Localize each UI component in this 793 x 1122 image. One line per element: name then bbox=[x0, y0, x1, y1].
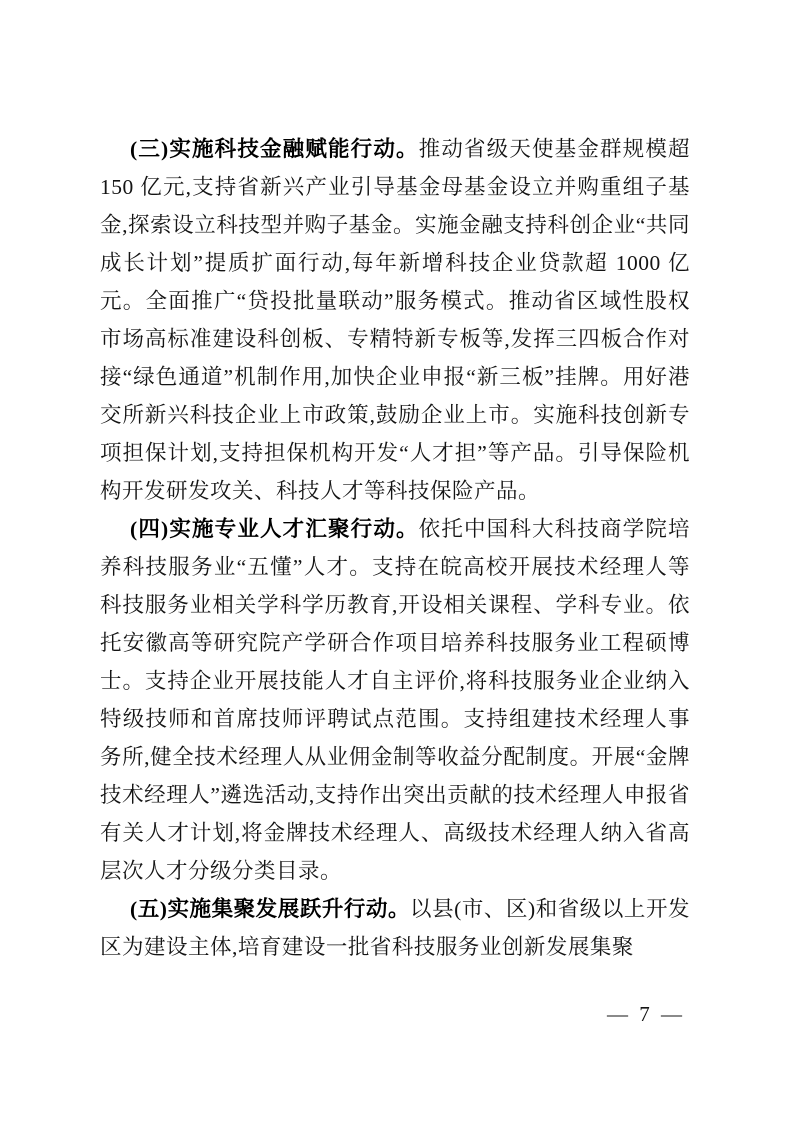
paragraph-3-heading: (三)实施科技金融赋能行动。 bbox=[130, 137, 419, 161]
paragraph-4-text: 依托中国科大科技商学院培养科技服务业“五懂”人才。支持在皖高校开展技术经理人等科… bbox=[100, 517, 690, 883]
paragraph-5: (五)实施集聚发展跃升行动。以县(市、区)和省级以上开发区为建设主体,培育建设一… bbox=[100, 890, 690, 966]
paragraph-3: (三)实施科技金融赋能行动。推动省级天使基金群规模超 150 亿元,支持省新兴产… bbox=[100, 130, 690, 510]
paragraph-4: (四)实施专业人才汇聚行动。依托中国科大科技商学院培养科技服务业“五懂”人才。支… bbox=[100, 510, 690, 890]
paragraph-3-text: 推动省级天使基金群规模超 150 亿元,支持省新兴产业引导基金母基金设立并购重组… bbox=[100, 137, 690, 503]
document-page: (三)实施科技金融赋能行动。推动省级天使基金群规模超 150 亿元,支持省新兴产… bbox=[0, 0, 793, 1122]
page-number: — 7 — bbox=[607, 1002, 685, 1027]
document-body: (三)实施科技金融赋能行动。推动省级天使基金群规模超 150 亿元,支持省新兴产… bbox=[100, 130, 690, 966]
paragraph-4-heading: (四)实施专业人才汇聚行动。 bbox=[130, 517, 419, 541]
paragraph-5-heading: (五)实施集聚发展跃升行动。 bbox=[130, 897, 410, 921]
